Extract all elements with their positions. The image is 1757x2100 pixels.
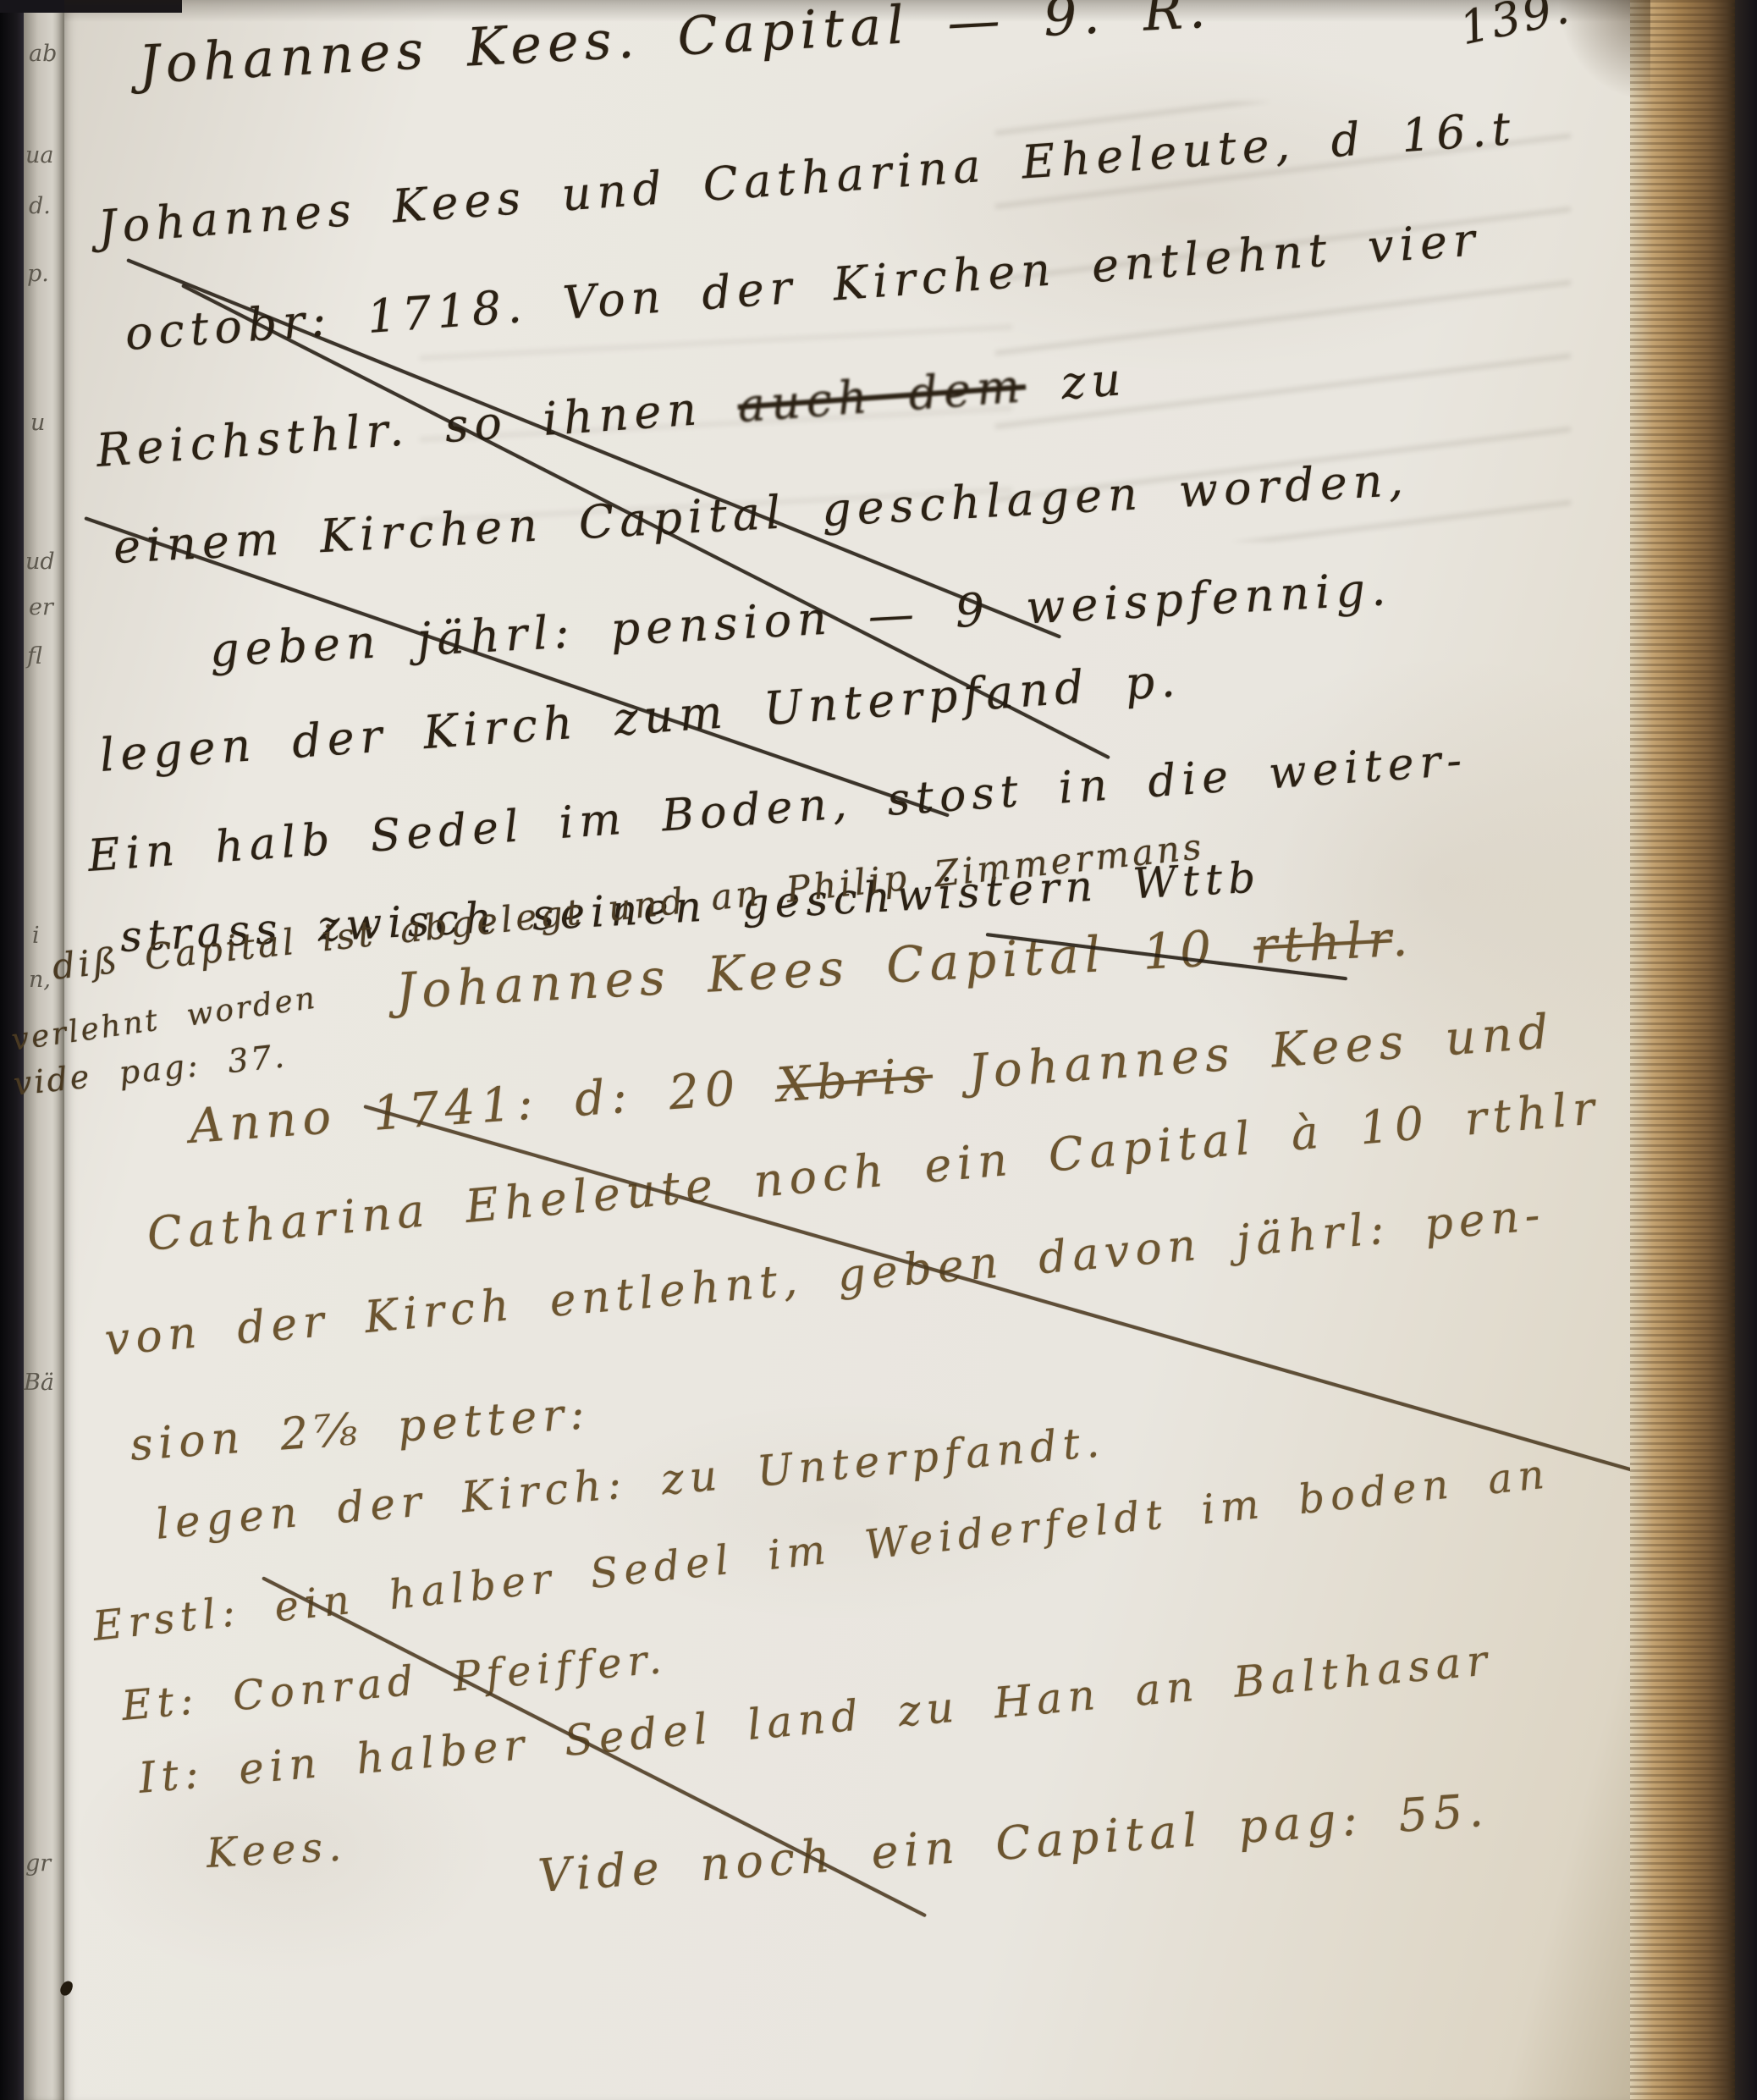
edge-fragment: i: [32, 923, 40, 949]
edge-fragment: p.: [27, 261, 49, 287]
edge-fragment: gr: [25, 1850, 51, 1877]
cross-reference-footer: Vide noch ein Capital pag: 55.: [537, 1788, 1490, 1899]
manuscript-page: 139. Johannes Kees. Capital — 9. R. Joha…: [64, 0, 1630, 2100]
manuscript-scan: ab ua d. p. u ud er fl i n, Bä gr 139. J…: [0, 0, 1757, 2100]
page-top-shadow: [64, 0, 1630, 22]
book-fore-edge: [1630, 0, 1735, 2100]
edge-fragment: u: [30, 410, 45, 436]
edge-fragment: ua: [25, 142, 54, 168]
book-cover-right: [1735, 0, 1757, 2100]
entry-1741-line: Kees.: [206, 1826, 349, 1874]
entry-1741-line1-post: Johannes Kees und: [931, 1004, 1556, 1102]
entry-1741-line1-struck: Xbris: [775, 1048, 934, 1114]
edge-fragment: ab: [29, 41, 57, 67]
edge-fragment: d.: [29, 193, 51, 219]
edge-fragment: n,: [29, 967, 51, 993]
entry-1741-heading-post: .: [1391, 909, 1415, 967]
edge-fragment: Bä: [24, 1370, 54, 1396]
entry-1718-line: legen der Kirch zum Unterpfand p.: [98, 658, 1182, 779]
entry-1741-line: Et: Conrad Pfeiffer.: [120, 1639, 669, 1727]
edge-fragment: fl: [27, 643, 42, 670]
entry-1741-heading-struck: rthlr: [1253, 910, 1394, 974]
entry-1718-line3-post: zu: [1024, 352, 1129, 412]
edge-fragment: ud: [25, 548, 55, 575]
edge-fragment: er: [29, 594, 53, 620]
entry-1741-line: sion 2⅞ petter:: [129, 1392, 592, 1468]
